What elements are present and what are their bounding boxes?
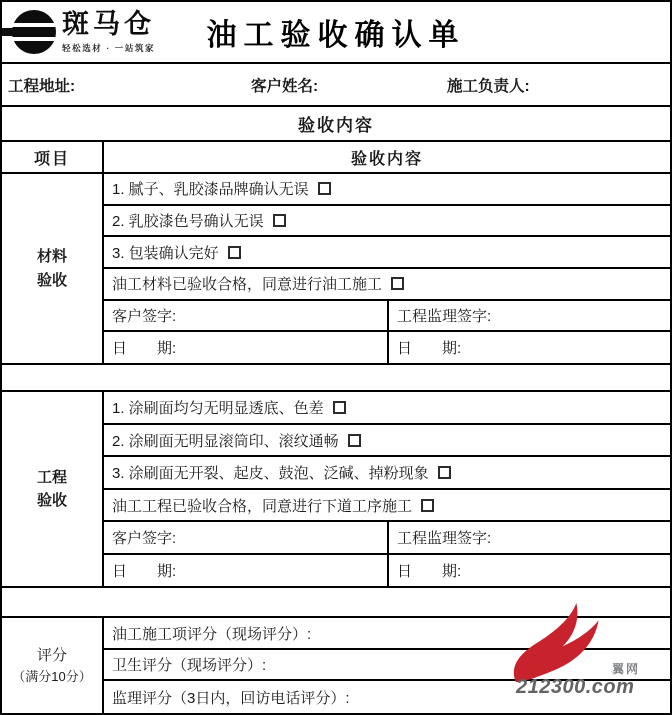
project-address-label: 工程地址:	[2, 74, 251, 96]
brand-tagline: 轻松选材 · 一站筑家	[62, 42, 155, 54]
score-item-label: 油工施工项评分（现场评分）:	[112, 623, 311, 644]
column-header-item: 项目	[2, 142, 104, 172]
info-row: 工程地址: 客户姓名: 施工负责人:	[2, 64, 670, 107]
score-row: 卫生评分（现场评分）:	[104, 650, 670, 681]
checkbox-icon[interactable]	[438, 466, 451, 479]
customer-date-cell[interactable]: 日 期:	[104, 555, 389, 586]
material-rows: 1. 腻子、乳胶漆品牌确认无误 2. 乳胶漆色号确认无误 3. 包装确认完好 油…	[104, 174, 670, 363]
form-header: 斑马仓 轻松选材 · 一站筑家 油工验收确认单	[2, 2, 670, 64]
checkbox-icon[interactable]	[333, 401, 346, 414]
checklist-row: 油工材料已验收合格，同意进行油工施工	[104, 269, 670, 301]
customer-date-label: 日 期:	[112, 560, 176, 581]
material-label-line1: 材料	[37, 245, 67, 268]
score-label-line2: （满分10分）	[12, 667, 91, 687]
acceptance-form-page: 斑马仓 轻松选材 · 一站筑家 油工验收确认单 工程地址: 客户姓名: 施工负责…	[0, 0, 672, 715]
checklist-item-label: 2. 乳胶漆色号确认无误	[112, 210, 264, 231]
construction-manager-label: 施工负责人:	[447, 74, 670, 96]
project-section-label: 工程 验收	[2, 392, 104, 586]
customer-date-label: 日 期:	[112, 337, 176, 358]
checkbox-icon[interactable]	[391, 277, 404, 290]
date-row: 日 期: 日 期:	[104, 332, 670, 363]
supervisor-date-cell[interactable]: 日 期:	[389, 555, 670, 586]
checklist-item-label: 油工材料已验收合格，同意进行油工施工	[112, 273, 382, 294]
signature-row: 客户签字: 工程监理签字:	[104, 301, 670, 333]
checkbox-icon[interactable]	[318, 182, 331, 195]
customer-signature-label: 客户签字:	[112, 527, 176, 548]
checklist-item-label: 1. 涂刷面均匀无明显透底、色差	[112, 397, 324, 418]
checkbox-icon[interactable]	[273, 214, 286, 227]
checklist-row: 3. 包装确认完好	[104, 237, 670, 269]
supervisor-signature-label: 工程监理签字:	[397, 305, 491, 326]
customer-signature-label: 客户签字:	[112, 305, 176, 326]
checklist-item-label: 3. 包装确认完好	[112, 242, 219, 263]
spacer-row	[2, 588, 670, 618]
date-row: 日 期: 日 期:	[104, 555, 670, 586]
checklist-item-label: 油工工程已验收合格，同意进行下道工序施工	[112, 495, 412, 516]
project-label-line1: 工程	[37, 466, 67, 489]
score-item-label: 卫生评分（现场评分）:	[112, 654, 266, 675]
checklist-item-label: 2. 涂刷面无明显滚筒印、滚纹通畅	[112, 430, 339, 451]
brand-name: 斑马仓	[62, 10, 155, 40]
material-section-label: 材料 验收	[2, 174, 104, 363]
acceptance-content-header: 验收内容	[2, 107, 670, 142]
score-label-line1: 评分	[37, 644, 67, 667]
supervisor-date-label: 日 期:	[397, 337, 461, 358]
project-rows: 1. 涂刷面均匀无明显透底、色差 2. 涂刷面无明显滚筒印、滚纹通畅 3. 涂刷…	[104, 392, 670, 586]
supervisor-signature-label: 工程监理签字:	[397, 527, 491, 548]
signature-row: 客户签字: 工程监理签字:	[104, 522, 670, 555]
checklist-row: 油工工程已验收合格，同意进行下道工序施工	[104, 490, 670, 522]
customer-signature-cell[interactable]: 客户签字:	[104, 522, 389, 553]
checkbox-icon[interactable]	[348, 434, 361, 447]
column-header-row: 项目 验收内容	[2, 142, 670, 174]
checklist-row: 2. 乳胶漆色号确认无误	[104, 206, 670, 238]
material-label-line2: 验收	[37, 269, 67, 292]
checklist-row: 2. 涂刷面无明显滚筒印、滚纹通畅	[104, 425, 670, 457]
checklist-item-label: 1. 腻子、乳胶漆品牌确认无误	[112, 178, 309, 199]
supervisor-signature-cell[interactable]: 工程监理签字:	[389, 301, 670, 331]
score-section-label: 评分 （满分10分）	[2, 618, 104, 713]
column-header-content: 验收内容	[104, 142, 670, 172]
score-item-label: 监理评分（3日内，回访电话评分）:	[112, 687, 350, 708]
project-label-line2: 验收	[37, 489, 67, 512]
checkbox-icon[interactable]	[421, 499, 434, 512]
score-rows: 油工施工项评分（现场评分）: 卫生评分（现场评分）: 监理评分（3日内，回访电话…	[104, 618, 670, 713]
zebra-ball-icon	[12, 10, 56, 54]
customer-date-cell[interactable]: 日 期:	[104, 332, 389, 363]
project-acceptance-section: 工程 验收 1. 涂刷面均匀无明显透底、色差 2. 涂刷面无明显滚筒印、滚纹通畅…	[2, 392, 670, 588]
brand-text: 斑马仓 轻松选材 · 一站筑家	[62, 10, 155, 54]
zebra-stripe-shape	[0, 28, 34, 35]
checklist-row: 1. 腻子、乳胶漆品牌确认无误	[104, 174, 670, 206]
customer-name-label: 客户姓名:	[251, 74, 447, 96]
supervisor-date-label: 日 期:	[397, 560, 461, 581]
supervisor-signature-cell[interactable]: 工程监理签字:	[389, 522, 670, 553]
score-row: 监理评分（3日内，回访电话评分）:	[104, 681, 670, 713]
supervisor-date-cell[interactable]: 日 期:	[389, 332, 670, 363]
material-acceptance-section: 材料 验收 1. 腻子、乳胶漆品牌确认无误 2. 乳胶漆色号确认无误 3. 包装…	[2, 174, 670, 365]
score-row: 油工施工项评分（现场评分）:	[104, 618, 670, 650]
checklist-row: 3. 涂刷面无开裂、起皮、鼓泡、泛碱、掉粉现象	[104, 457, 670, 490]
brand-logo: 斑马仓 轻松选材 · 一站筑家	[12, 10, 155, 54]
page-title: 油工验收确认单	[207, 10, 466, 54]
scoring-section: 评分 （满分10分） 油工施工项评分（现场评分）: 卫生评分（现场评分）: 监理…	[2, 618, 670, 713]
checklist-item-label: 3. 涂刷面无开裂、起皮、鼓泡、泛碱、掉粉现象	[112, 462, 429, 483]
checklist-row: 1. 涂刷面均匀无明显透底、色差	[104, 392, 670, 425]
checkbox-icon[interactable]	[228, 246, 241, 259]
spacer-row	[2, 365, 670, 392]
customer-signature-cell[interactable]: 客户签字:	[104, 301, 389, 331]
